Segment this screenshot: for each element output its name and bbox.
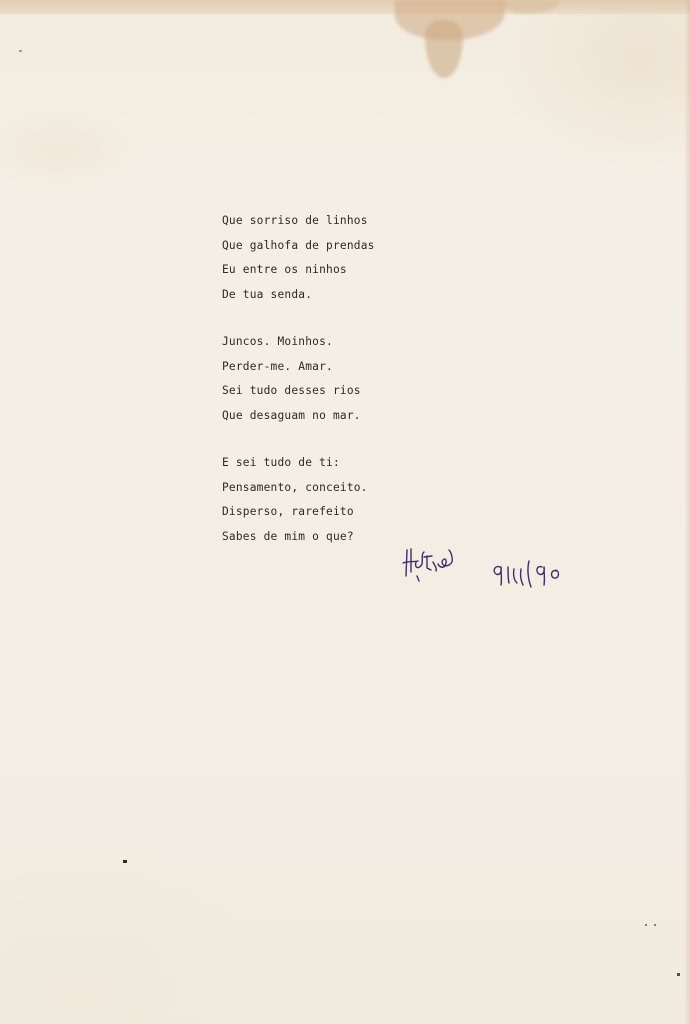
paper-edge-right <box>684 0 690 1024</box>
date-ink <box>490 557 580 589</box>
poem-line: Eu entre os ninhos <box>222 260 375 285</box>
handwritten-date: 9/11/90 <box>490 557 580 589</box>
ink-speck <box>645 924 647 926</box>
poem-line: Que desaguam no mar. <box>222 406 375 431</box>
ink-speck <box>677 973 680 976</box>
poem-line: Perder-me. Amar. <box>222 357 375 382</box>
paper-edge-top <box>0 0 690 14</box>
poem-line: Que sorriso de linhos <box>222 211 375 236</box>
stanza-3: E sei tudo de ti: Pensamento, conceito. … <box>222 453 375 551</box>
handwritten-signature <box>402 546 460 582</box>
poem-line: Juncos. Moinhos. <box>222 332 375 357</box>
ink-speck <box>19 50 22 52</box>
scanned-page: Que sorriso de linhos Que galhofa de pre… <box>0 0 690 1024</box>
poem-line: E sei tudo de ti: <box>222 453 375 478</box>
poem-line: Sei tudo desses rios <box>222 381 375 406</box>
poem-body: Que sorriso de linhos Que galhofa de pre… <box>222 211 375 574</box>
coffee-stain-drip <box>425 20 463 78</box>
poem-line: Pensamento, conceito. <box>222 478 375 503</box>
stanza-1: Que sorriso de linhos Que galhofa de pre… <box>222 211 375 309</box>
poem-line: De tua senda. <box>222 285 375 310</box>
ink-speck <box>654 924 656 926</box>
ink-speck <box>123 860 127 863</box>
poem-line: Sabes de mim o que? <box>222 527 375 552</box>
stanza-2: Juncos. Moinhos. Perder-me. Amar. Sei tu… <box>222 332 375 430</box>
poem-line: Que galhofa de prendas <box>222 236 375 261</box>
poem-line: Disperso, rarefeito <box>222 502 375 527</box>
